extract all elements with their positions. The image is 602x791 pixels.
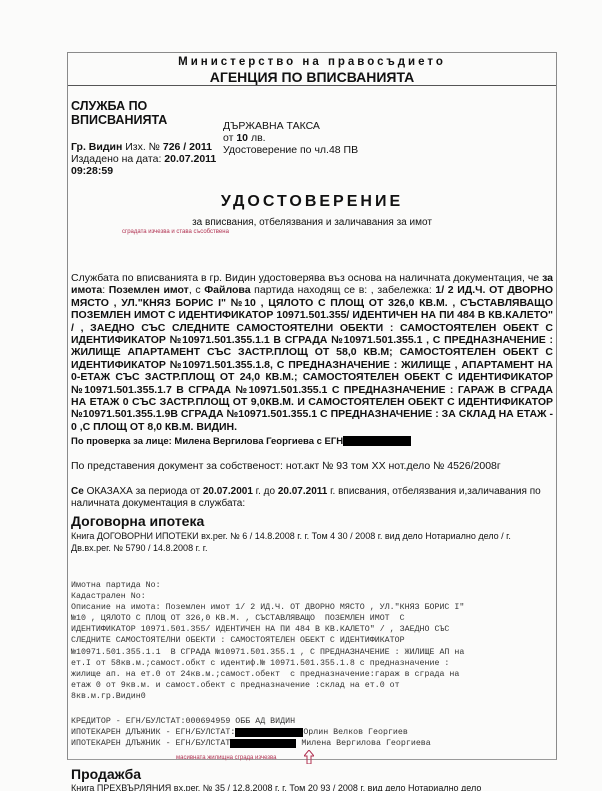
state-fee-block: ДЪРЖАВНА ТАКСА от 10 лв. Удостоверение п… bbox=[223, 120, 358, 156]
issuer-city: Гр. Видин bbox=[71, 141, 122, 153]
handwritten-annotation-top: сградата изчезва и става съсобствена bbox=[122, 229, 229, 235]
debtor-line-1: ИПОТЕКАРЕН ДЛЪЖНИК - ЕГН/БУЛСТАТ:Орлин В… bbox=[71, 727, 431, 738]
mortgage-detail-line: СЛЕДНИТЕ САМОСТОЯТЕЛНИ ОБЕКТИ : САМОСТОЯ… bbox=[71, 635, 553, 646]
issuer-block: Гр. Видин Изх. № 726 / 2011 Издадено на … bbox=[71, 141, 216, 177]
property-description: 1/ 2 ИД.Ч. ОТ ДВОРНО МЯСТО , УЛ."КНЯЗ БО… bbox=[71, 284, 553, 432]
ministry-name: Министерство на правосъдието bbox=[68, 56, 556, 69]
mortgage-detail-line: №10 , ЦЯЛОТО С ПЛОЩ ОТ 326,0 КВ.М. , СЪС… bbox=[71, 613, 553, 624]
cert-mid-1: , с bbox=[189, 284, 204, 296]
period-from: 20.07.2001 bbox=[203, 486, 253, 497]
cert-intro: Службата по вписванията в гр. Видин удос… bbox=[71, 272, 542, 284]
mortgage-detail-line: жилище ап. на ет.0 от 24кв.м.;самост.обе… bbox=[71, 669, 553, 680]
redaction-bar bbox=[343, 436, 411, 446]
certification-paragraph: Службата по вписванията в гр. Видин удос… bbox=[71, 272, 553, 433]
mortgage-parties: КРЕДИТОР - ЕГН/БУЛСТАТ:000694959 ОББ АД … bbox=[71, 716, 431, 750]
debtor-1-prefix: ИПОТЕКАРЕН ДЛЪЖНИК - ЕГН/БУЛСТАТ: bbox=[71, 728, 235, 737]
mortgage-details: Имотна партида No:Кадастрален No:Описани… bbox=[71, 580, 553, 702]
fee-currency: лв. bbox=[251, 132, 266, 144]
person-check-text: По проверка за лице: Милена Вергилова Ге… bbox=[71, 436, 343, 447]
period-se: Се bbox=[71, 486, 84, 497]
mortgage-detail-line: №10971.501.355.1.1 В СГРАДА №10971.501.3… bbox=[71, 647, 553, 658]
issued-date: 20.07.2011 bbox=[164, 153, 216, 165]
document-title: УДОСТОВЕРЕНИЕ bbox=[68, 193, 556, 211]
cert-mid-2: партида находящ се в: , забележка: bbox=[251, 284, 436, 296]
period-statement: Се ОКАЗАХА за периода от 20.07.2001 г. д… bbox=[71, 486, 553, 509]
debtor-line-2: ИПОТЕКАРЕН ДЛЪЖНИК - ЕГН/БУЛСТАТ Милена … bbox=[71, 738, 431, 749]
outgoing-number: 726 / 2011 bbox=[163, 141, 212, 153]
fee-legal-basis: Удостоверение по чл.48 ПВ bbox=[223, 144, 358, 156]
service-name: СЛУЖБА ПО ВПИСВАНИЯТА bbox=[71, 99, 167, 127]
debtor-2-prefix: ИПОТЕКАРЕН ДЛЪЖНИК - ЕГН/БУЛСТАТ bbox=[71, 739, 230, 748]
agency-name: АГЕНЦИЯ ПО ВПИСВАНИЯТА bbox=[68, 69, 556, 85]
mortgage-detail-line: Описание на имота: Поземлен имот 1/ 2 ИД… bbox=[71, 602, 553, 613]
certificate-document: Министерство на правосъдието АГЕНЦИЯ ПО … bbox=[67, 52, 557, 760]
mortgage-detail-line: етаж 0 от 9кв.м. и самост.обект с предна… bbox=[71, 680, 553, 691]
mortgage-book-entry: Книга ДОГОВОРНИ ИПОТЕКИ вх.рег. № 6 / 14… bbox=[71, 530, 553, 554]
mortgage-detail-line: ИДЕНТИФИКАТОР 10971.501.355/ ИДЕНТИЧЕН Н… bbox=[71, 624, 553, 635]
mortgage-section-title: Договорна ипотека bbox=[71, 513, 204, 529]
sale-book-entry: Книга ПРЕХВЪРЛЯНИЯ вх.рег. № 35 / 12.8.2… bbox=[71, 783, 481, 791]
document-subtitle: за вписвания, отбелязвания и заличавания… bbox=[68, 217, 556, 228]
cert-bold-2: Поземлен имот bbox=[109, 284, 189, 296]
mortgage-detail-line: ет.I от 58кв.м.;самост.обкт с идентиф.№ … bbox=[71, 658, 553, 669]
issued-label: Издадено на дата: bbox=[71, 153, 161, 165]
up-arrow-icon bbox=[304, 750, 314, 764]
sale-section-title: Продажба bbox=[71, 766, 141, 782]
handwritten-annotation-bottom: масивната жилищна сграда изчезва bbox=[176, 755, 277, 761]
service-line-1: СЛУЖБА ПО bbox=[71, 99, 167, 113]
redaction-bar bbox=[235, 728, 303, 737]
document-header: Министерство на правосъдието АГЕНЦИЯ ПО … bbox=[68, 53, 556, 86]
service-line-2: ВПИСВАНИЯТА bbox=[71, 113, 167, 127]
debtor-1-name: Орлин Велков Георгиев bbox=[303, 728, 408, 737]
person-check: По проверка за лице: Милена Вергилова Ге… bbox=[71, 436, 411, 447]
cert-bold-3: Файлова bbox=[204, 284, 250, 296]
ownership-document: По представения документ за собственост:… bbox=[71, 460, 501, 472]
mortgage-detail-line: Имотна партида No: bbox=[71, 580, 553, 591]
period-text-1: ОКАЗАХА за периода от bbox=[84, 486, 203, 497]
outgoing-label: Изх. № bbox=[125, 141, 160, 153]
creditor-line: КРЕДИТОР - ЕГН/БУЛСТАТ:000694959 ОББ АД … bbox=[71, 716, 431, 727]
issued-time: 09:28:59 bbox=[71, 165, 113, 177]
fee-prefix: от bbox=[223, 132, 233, 144]
fee-amount: 10 bbox=[236, 132, 248, 144]
redaction-bar bbox=[230, 739, 296, 748]
period-to: 20.07.2011 bbox=[278, 486, 328, 497]
mortgage-detail-line: Кадастрален No: bbox=[71, 591, 553, 602]
debtor-2-name: Милена Вергилова Георгиева bbox=[301, 739, 430, 748]
fee-title: ДЪРЖАВНА ТАКСА bbox=[223, 120, 358, 132]
mortgage-detail-line: 8кв.м.гр.Видин0 bbox=[71, 691, 553, 702]
period-text-2: г. до bbox=[253, 486, 278, 497]
